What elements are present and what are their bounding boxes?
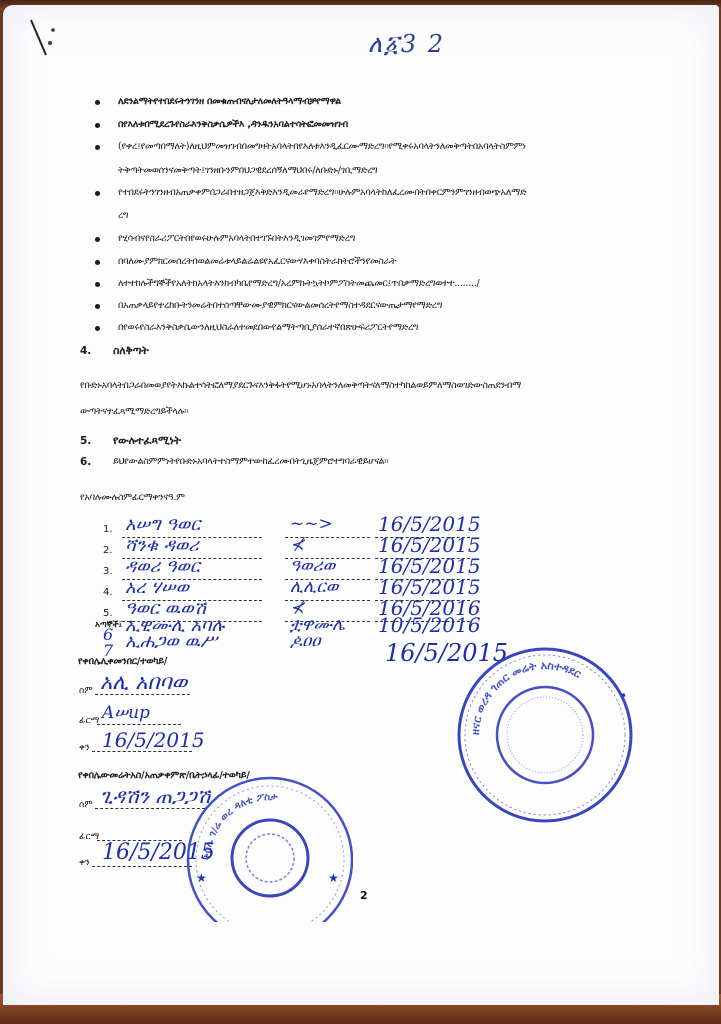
bullet-icon bbox=[95, 260, 100, 265]
member-date: 10/5/2016 bbox=[378, 613, 481, 637]
obligation-item: በባለሙያምክርመሰረትበወልመሬቱላይልሬልዩየአፈርናውሃእቀባስትራክትሮ… bbox=[118, 256, 396, 267]
chairperson-title: የቀበሌሊቀመንበር/ተወካይ/ bbox=[78, 656, 167, 667]
member-name: አሠግ ዓወር bbox=[125, 514, 200, 535]
section-title-effectiveness: የውሉተፈጻሚነት bbox=[113, 434, 181, 448]
members-note: አጣኞች፤ bbox=[95, 620, 122, 630]
member-signature: ዓወሪወ bbox=[290, 556, 335, 576]
office-date-line bbox=[92, 866, 192, 867]
svg-text:•: • bbox=[620, 689, 627, 703]
member-signature: ሊሊርወ bbox=[290, 577, 338, 597]
section-number-6: 6. bbox=[80, 456, 91, 468]
office-date-label: ቀን bbox=[79, 858, 90, 868]
bullet-icon bbox=[95, 237, 100, 242]
member-number: 5. bbox=[103, 608, 113, 619]
obligation-item: በየእለቱበሚደረጉየስራእንቅስቃሴዎችእ ,ዳንዱንአባልተሳትፎመመዝገብ bbox=[118, 119, 348, 130]
chair-signature-value: Aሠup bbox=[102, 703, 150, 723]
chair-date-value: 16/5/2015 bbox=[102, 728, 205, 752]
member-number: 4. bbox=[103, 587, 113, 598]
section-number-4: 4. bbox=[80, 345, 91, 357]
obligation-item: ለተተከሉችግኞችየአለትክአላትእንክብካቤየማድረግ/አረምኩትኳትኮምፖስ… bbox=[118, 278, 480, 289]
svg-text:★: ★ bbox=[196, 871, 207, 885]
penalty-paragraph-line-2: ውጣትናተፈጻሚማድረግይችላሉ። bbox=[80, 406, 188, 417]
bullet-icon bbox=[95, 145, 100, 150]
page-number: 2 bbox=[360, 889, 368, 902]
chair-signature-line bbox=[97, 724, 181, 725]
bullet-icon bbox=[95, 304, 100, 309]
member-signature: ⊀ bbox=[290, 535, 304, 555]
member-name: ኢሐጋወ ዉሥ bbox=[125, 631, 217, 652]
member-name: ሻንቁ ዳወሪ bbox=[125, 535, 199, 556]
svg-text:★: ★ bbox=[328, 871, 339, 885]
obligation-item: የተበደሩትንገንዘብአጠቃቀምበጋራበተዘጋጀእቅድእንዲመራየማድረግ።ሁሉ… bbox=[118, 187, 526, 198]
obligation-item: የሂሳብናየስራሪፖርትበየወሩሁሉምአባላትበተገኙበትእንዲገመገምየማድረ… bbox=[118, 233, 355, 244]
section-title-penalty: ስለቅጣት bbox=[113, 344, 148, 358]
bullet-icon bbox=[95, 326, 100, 331]
bullet-icon bbox=[95, 282, 100, 287]
penalty-paragraph-line-1: የቡድኑአባላትበጋራበመወያየትእኩልተሳትፎለማያደርጉናእንቅፋትየሚሆኑ… bbox=[80, 380, 521, 391]
chair-name-label: ስም bbox=[79, 686, 93, 696]
obligation-item: (የቀረ፤የመጣበማለት)ለዚህምመዝገብበመግዛትአባላትበየእለቱእንዲፈር… bbox=[118, 141, 526, 152]
section-6-text: ይህየውልስምምነትየቡድኑአባላትተስማምተውከፈረሙበትጊዜጀምሮተግባራዊ… bbox=[113, 456, 388, 467]
bullet-icon bbox=[95, 100, 100, 105]
chair-date-label: ቀን bbox=[79, 743, 90, 753]
obligation-item: ለደንልማትየተበደሩትንገንዘ በመቁጠብናለታለመለትዓላማብቻየማዋል bbox=[118, 96, 341, 107]
members-header: የአባሉሙሉስምፊርማቀንናዓ.ም bbox=[80, 492, 185, 503]
member-name: ዳወሪ ዓወር bbox=[125, 556, 200, 577]
section-number-5: 5. bbox=[80, 435, 91, 447]
official-stamp-right: ዘናር ወረዳ ገጠር መሬት አስተዳደር • bbox=[455, 645, 635, 825]
office-name-label: ስም bbox=[79, 800, 93, 810]
member-signature: ዾዐዐ bbox=[290, 631, 321, 651]
obligation-item: በየወሩየስራእንቅስቃሴውንለዚህስራለተመደበውየልማትጣቢያሰራተኛበጽሁ… bbox=[118, 322, 418, 333]
bullet-icon bbox=[95, 191, 100, 196]
obligation-item: ትቅጣትመወሰንናመቅጣት፤ገንዘቡንምበህጋዊደረሰኝለማህበሩ/ለቡድኑ/ገ… bbox=[118, 165, 377, 176]
member-name: አረ ሃሠወ bbox=[125, 577, 189, 598]
member-number: 2. bbox=[103, 545, 113, 556]
obligation-item: በአጠቃላይየተረከቡትንመሬትበተሰጣቸውሙያዊምክርናውልመሰረትየማስተዳ… bbox=[118, 300, 442, 311]
member-signature: ~~> bbox=[290, 514, 333, 534]
reference-number: ለ፩3 2 bbox=[368, 30, 445, 58]
obligation-item: ረግ bbox=[118, 210, 128, 221]
official-stamp-left: ቀበሌ ገ/ሬ ወረ ዳለቲ ፖስታ ★ ★ bbox=[178, 772, 353, 922]
member-number: 1. bbox=[103, 524, 113, 535]
pen-mark-icon bbox=[28, 18, 58, 58]
chair-name-value: አሊ አበባወ bbox=[100, 670, 187, 695]
bullet-icon bbox=[95, 123, 100, 128]
member-number: 3. bbox=[103, 566, 113, 577]
